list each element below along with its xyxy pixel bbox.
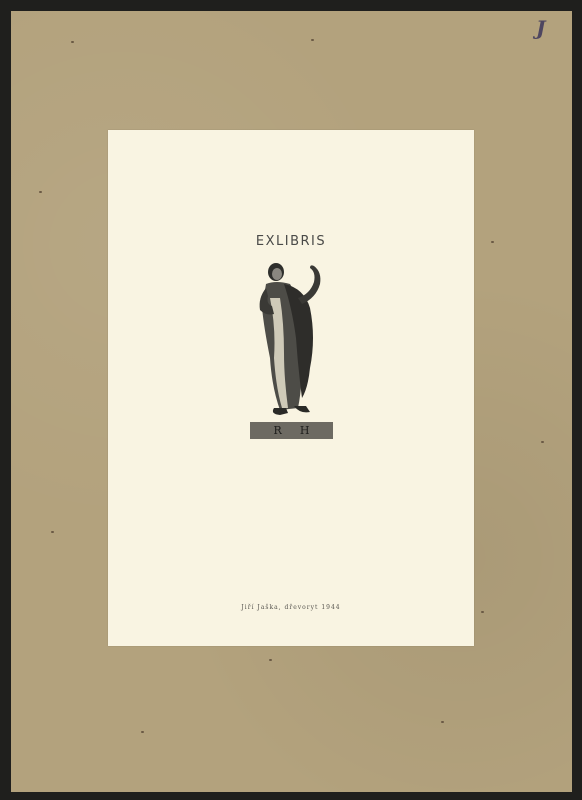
paper-speck <box>269 659 272 661</box>
paper-speck <box>481 611 484 613</box>
paper-speck <box>39 191 42 193</box>
initial-h: H <box>300 424 310 437</box>
paper-speck <box>71 41 74 43</box>
initial-r: R <box>274 424 282 437</box>
artist-caption: Jiří Jaška, dřevoryt 1944 <box>108 604 474 611</box>
paper-speck <box>441 721 444 723</box>
paper-speck <box>51 531 54 533</box>
paper-speck <box>141 731 144 733</box>
print-sheet: EXLIBRIS R H Jiří Jaška, dřevoryt 1944 <box>108 130 474 646</box>
initials-plinth: R H <box>250 422 333 439</box>
exlibris-title: EXLIBRIS <box>108 234 474 249</box>
paper-speck <box>541 441 544 443</box>
paper-speck <box>491 241 494 243</box>
robed-figure-with-serpent-icon <box>240 258 340 418</box>
catalog-letter: J <box>536 16 545 40</box>
paper-speck <box>311 39 314 41</box>
